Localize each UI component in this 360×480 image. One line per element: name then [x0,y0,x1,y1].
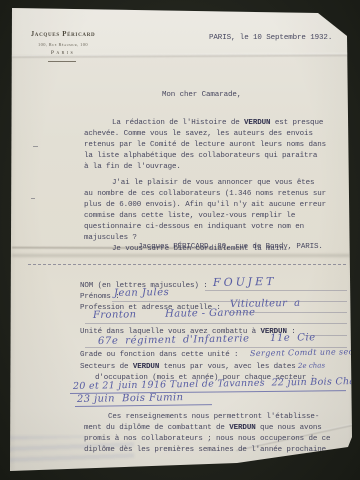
body-line: promis à nos collaborateurs ; nous nous … [84,435,330,444]
dateline: PARIS, le 10 Septembre 1932. [209,34,332,43]
field-rule-nom [205,290,347,291]
fold-crease-middle-2 [12,254,350,257]
body-line: ment du diplôme de combattant de VERDUN … [84,424,322,433]
form-label-grade: Grade ou fonction dans cette unité : [80,351,238,360]
form-label-secteurs-1: Secteurs de VERDUN tenus par vous, avec … [80,363,296,372]
body-line: achevée. Comme vous le savez, les auteur… [84,130,313,139]
body-line: plus de 6.000 envois). Afin qu'il n'y ai… [84,201,326,210]
handwritten-secteurs-2: 23 juin Bois Fumin [77,392,184,405]
letterhead-address: 100, Rue Réaumur, 100 [18,42,108,47]
letterhead-city: Paris [18,50,108,56]
margin-mark [33,146,38,147]
handwritten-profession-2: Fronton Haute - Garonne [93,307,256,321]
body-line: La rédaction de l'Histoire de VERDUN est… [112,119,323,128]
body-line: la liste alphabétique des collaborateurs… [84,152,317,161]
margin-mark [31,198,35,199]
handwritten-nom: FOUJET [213,275,277,289]
paper: Jacques Péricard 100, Rue Réaumur, 100 P… [0,0,360,480]
handwritten-prenoms: Jean Jules [114,287,169,299]
letterhead-rule [48,61,76,62]
signature-line: Jacques PÉRICARD, 80, rue de Bondy, PARI… [138,243,323,252]
body-line: diplôme dès les premières semaines de l'… [84,446,330,455]
body-line: majuscules ? [84,234,137,243]
body-line: J'ai le plaisir de vous annoncer que vou… [112,179,314,188]
handwritten-grade: Sergent Comdt une secti [250,347,360,358]
body-line: commise dans cette liste, voulez-vous re… [84,212,295,221]
separator-dashed-line [28,264,348,265]
body-line: questionnaire ci-dessous en indiquant vo… [84,223,304,232]
letterhead-name: Jacques Péricard [24,31,102,38]
field-rule-address-2 [85,323,347,324]
handwritten-grade-wrap: 2e chas [298,362,325,370]
body-line: à la fin de l'ouvrage. [84,163,181,172]
body-line: Ces renseignements nous permettront l'ét… [108,413,319,422]
body-line: retenus par le Comité de lecture auront … [84,141,326,150]
body-line: au nombre de ces collaborateurs (1.346 n… [84,190,326,199]
salutation: Mon cher Camarade, [162,91,241,100]
scan-background: Jacques Péricard 100, Rue Réaumur, 100 P… [0,0,360,480]
